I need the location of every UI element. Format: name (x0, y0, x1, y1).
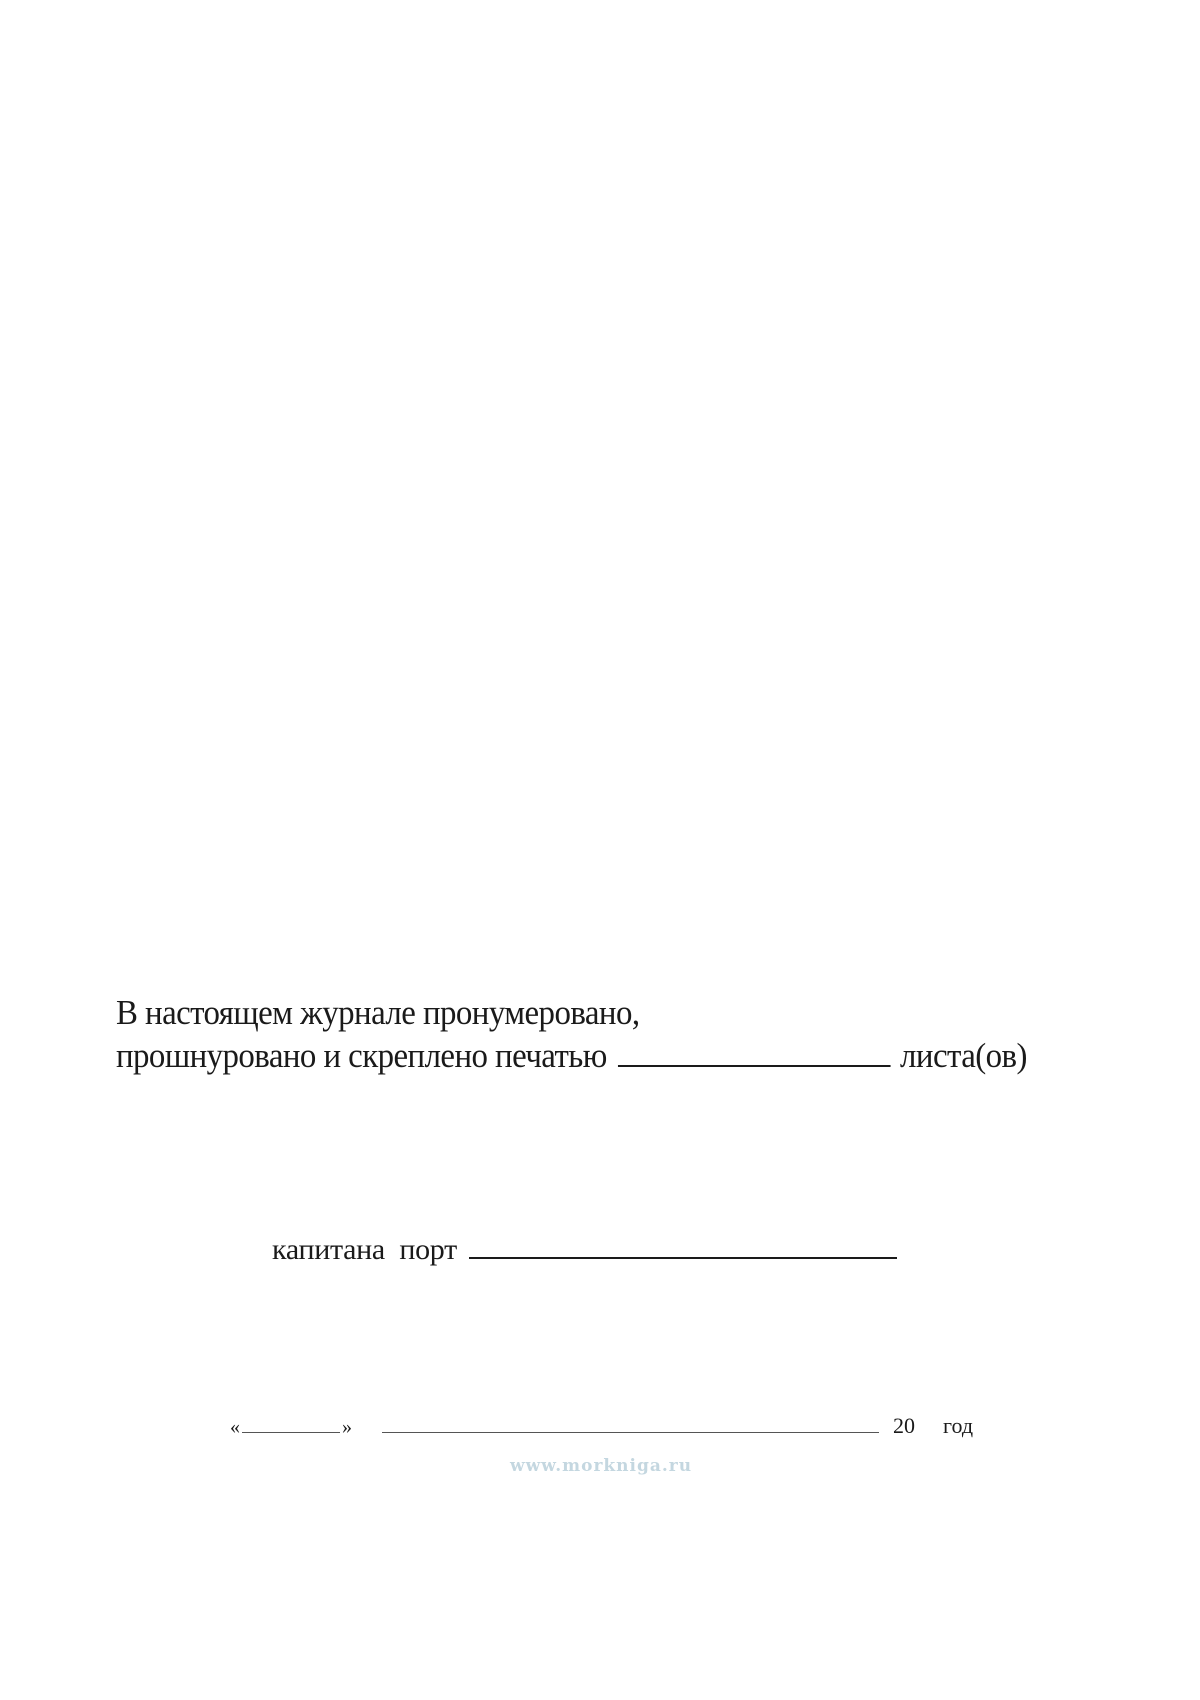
certification-line-1: В настоящем журнале пронумеровано, (116, 993, 640, 1033)
certification-text-2: прошнуровано и скреплено печатью (116, 1036, 607, 1075)
year-suffix: год (943, 1413, 973, 1438)
day-field[interactable] (242, 1431, 340, 1433)
port-captain-label: капитана порт (272, 1233, 457, 1266)
month-field[interactable] (382, 1431, 879, 1433)
close-quote: » (342, 1416, 352, 1438)
sheets-count-field[interactable] (618, 1064, 891, 1067)
port-captain-line: капитана порт (272, 1233, 897, 1267)
certification-line-2: прошнуровано и скреплено печатьюлиста(ов… (116, 1036, 1027, 1076)
date-line: «»20год (230, 1413, 973, 1439)
open-quote: « (230, 1416, 240, 1438)
certification-text-1: В настоящем журнале пронумеровано, (116, 993, 640, 1032)
year-prefix: 20 (893, 1413, 915, 1438)
port-captain-field[interactable] (469, 1256, 897, 1259)
sheets-unit-label: листа(ов) (900, 1036, 1027, 1075)
document-page: В настоящем журнале пронумеровано, прошн… (0, 0, 1200, 1700)
watermark: www.morkniga.ru (510, 1456, 692, 1476)
